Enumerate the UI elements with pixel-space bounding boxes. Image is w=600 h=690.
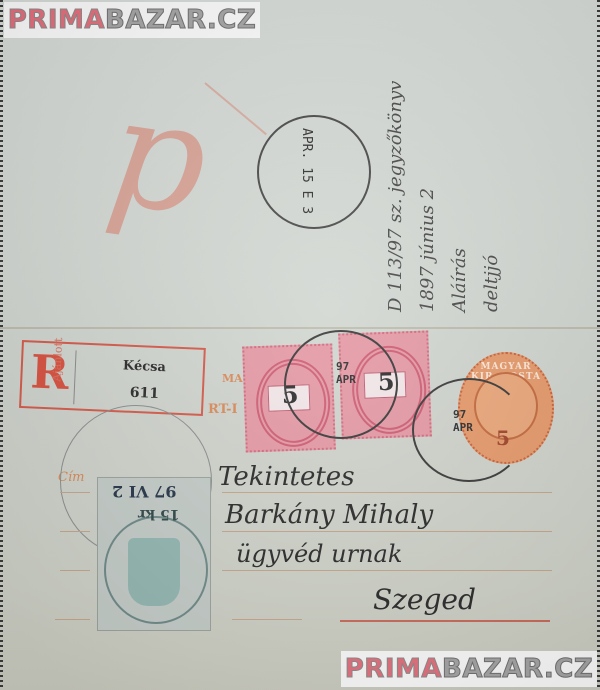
revenue-denomination: 15 kr bbox=[138, 506, 179, 522]
address-line bbox=[60, 570, 90, 571]
docket-line-1: D 113/97 sz. jegyzőkönyv bbox=[380, 81, 412, 312]
address-line bbox=[222, 492, 552, 493]
revenue-stamp: 97 VI 2 15 kr bbox=[97, 477, 211, 631]
watermark-brand-a: PRIMA bbox=[345, 654, 442, 684]
address-salutation: Tekintetes bbox=[218, 462, 355, 492]
address-line bbox=[60, 492, 90, 493]
printed-header-fragment: MA bbox=[222, 372, 243, 385]
address-line bbox=[222, 570, 552, 571]
registration-divider bbox=[73, 350, 76, 404]
left-edge bbox=[0, 0, 3, 690]
address-underline bbox=[340, 620, 550, 622]
crayon-mark: p bbox=[98, 64, 217, 250]
registration-number: 611 bbox=[129, 385, 159, 402]
postmark-over-stamps-date: 97 APR bbox=[336, 360, 356, 386]
postmark-top bbox=[257, 115, 371, 229]
docket-line-3: Aláírás bbox=[444, 81, 476, 312]
postal-stationery-photo: p D 113/97 sz. jegyzőkönyv 1897 június 2… bbox=[0, 0, 600, 690]
fold-line bbox=[0, 327, 600, 329]
revenue-cancel: 97 VI 2 bbox=[112, 482, 176, 501]
watermark-brand-b: BAZAR.CZ bbox=[105, 5, 256, 35]
address-line bbox=[232, 619, 302, 620]
docket-line-2: 1897 június 2 bbox=[412, 81, 444, 312]
address-title: ügyvéd urnak bbox=[236, 540, 402, 568]
docket-notes: D 113/97 sz. jegyzőkönyv 1897 június 2 A… bbox=[380, 81, 508, 312]
address-line bbox=[55, 619, 90, 620]
watermark-brand-b: BAZAR.CZ bbox=[442, 654, 593, 684]
watermark-bottom: PRIMABAZAR.CZ bbox=[341, 651, 597, 687]
printed-subheader-fragment: RT-I bbox=[208, 402, 238, 417]
address-line bbox=[60, 531, 90, 532]
registration-label: R Ajánlott Kécsa 611 bbox=[19, 340, 206, 416]
registration-vertical-text: Ajánlott bbox=[50, 337, 65, 382]
postmark-year: 97 bbox=[453, 408, 473, 421]
postmark-month: APR bbox=[336, 373, 356, 386]
watermark-brand-a: PRIMA bbox=[8, 5, 105, 35]
address-name: Barkány Mihaly bbox=[225, 500, 433, 530]
crayon-stroke bbox=[204, 82, 267, 135]
postmark-top-date: APR. 15 E 3 bbox=[299, 128, 314, 214]
address-line bbox=[222, 531, 552, 532]
address-city: Szeged bbox=[373, 583, 476, 616]
docket-line-4: deltjjó bbox=[476, 81, 508, 312]
postmark-year: 97 bbox=[336, 360, 356, 373]
postmark-right-date: 97 APR bbox=[453, 408, 473, 434]
postmark-month: APR bbox=[453, 421, 473, 434]
coat-of-arms-icon bbox=[128, 538, 180, 606]
registration-office: Kécsa bbox=[123, 358, 167, 375]
watermark-top: PRIMABAZAR.CZ bbox=[4, 2, 260, 38]
